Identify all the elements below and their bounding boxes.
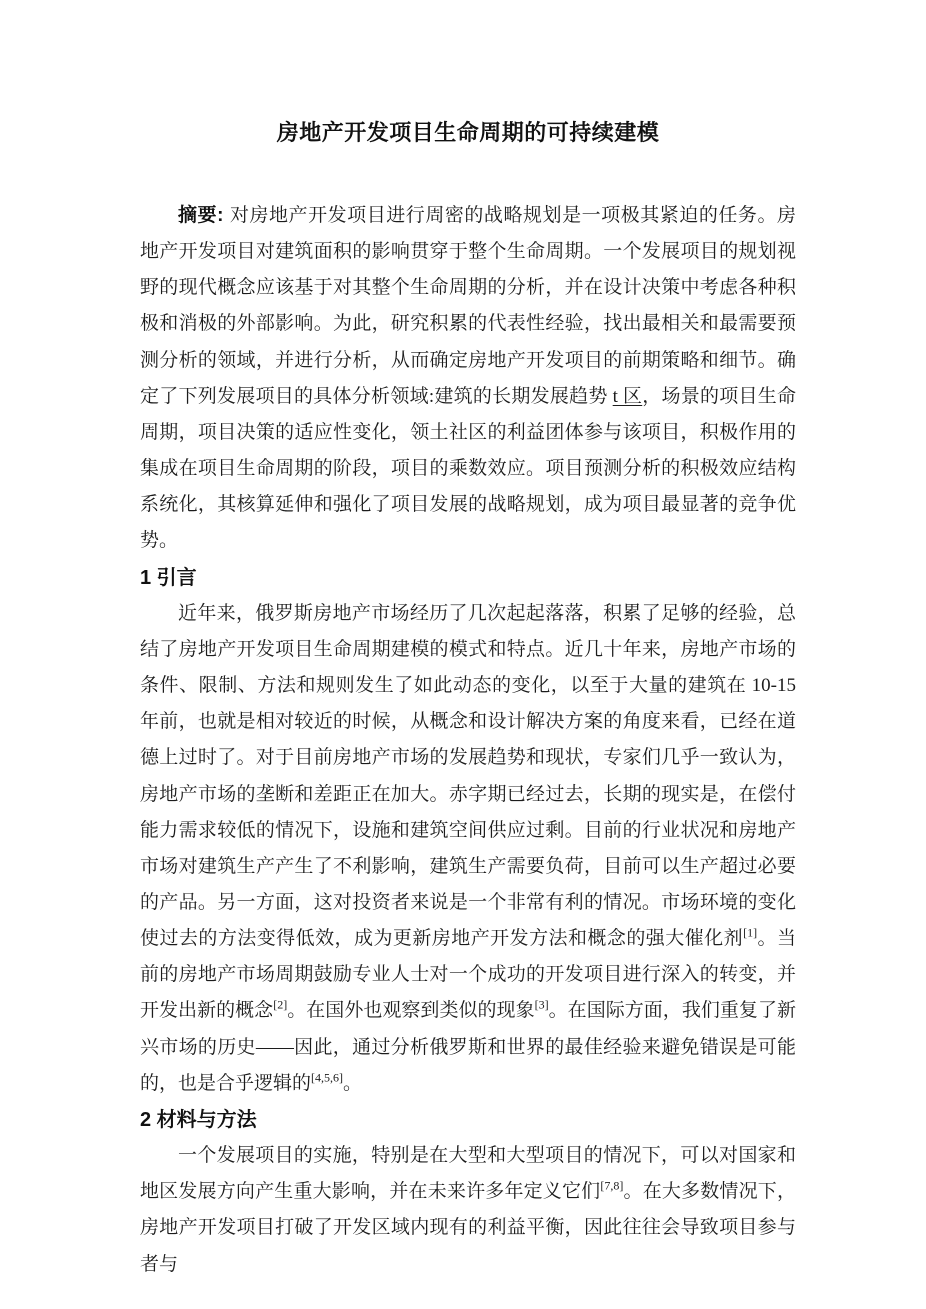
abstract-paragraph: 摘要:对房地产开发项目进行周密的战略规划是一项极其紧迫的任务。房地产开发项目对建… bbox=[140, 198, 796, 560]
methods-paragraph: 一个发展项目的实施，特别是在大型和大型项目的情况下，可以对国家和地区发展方向产生… bbox=[140, 1138, 796, 1283]
document-page: 房地产开发项目生命周期的可持续建模 摘要:对房地产开发项目进行周密的战略规划是一… bbox=[0, 0, 926, 1309]
introduction-text-3: 。在国外也观察到类似的现象 bbox=[287, 1000, 534, 1021]
abstract-text-part2: ，场景的项目生命周期，项目决策的适应性变化，领土社区的利益团体参与该项目，积极作… bbox=[140, 386, 796, 552]
introduction-text-5: 。 bbox=[343, 1073, 362, 1094]
citation-ref-4-5-6: [4,5,6] bbox=[311, 1070, 343, 1084]
section-heading-materials-methods: 2 材料与方法 bbox=[140, 1102, 796, 1138]
document-title: 房地产开发项目生命周期的可持续建模 bbox=[140, 0, 796, 150]
introduction-paragraph: 近年来，俄罗斯房地产市场经历了几次起起落落，积累了足够的经验，总结了房地产开发项… bbox=[140, 596, 796, 1102]
citation-ref-7-8: [7,8] bbox=[600, 1179, 623, 1193]
introduction-text-1: 近年来，俄罗斯房地产市场经历了几次起起落落，积累了足够的经验，总结了房地产开发项… bbox=[140, 603, 796, 949]
citation-ref-2: [2] bbox=[273, 998, 287, 1012]
citation-ref-1: [1] bbox=[743, 926, 757, 940]
abstract-underlined-term: t 区 bbox=[613, 386, 643, 407]
citation-ref-3: [3] bbox=[535, 998, 549, 1012]
abstract-text-part1: 对房地产开发项目进行周密的战略规划是一项极其紧迫的任务。房地产开发项目对建筑面积… bbox=[140, 205, 796, 407]
abstract-label: 摘要: bbox=[178, 205, 223, 226]
section-heading-introduction: 1 引言 bbox=[140, 560, 796, 596]
